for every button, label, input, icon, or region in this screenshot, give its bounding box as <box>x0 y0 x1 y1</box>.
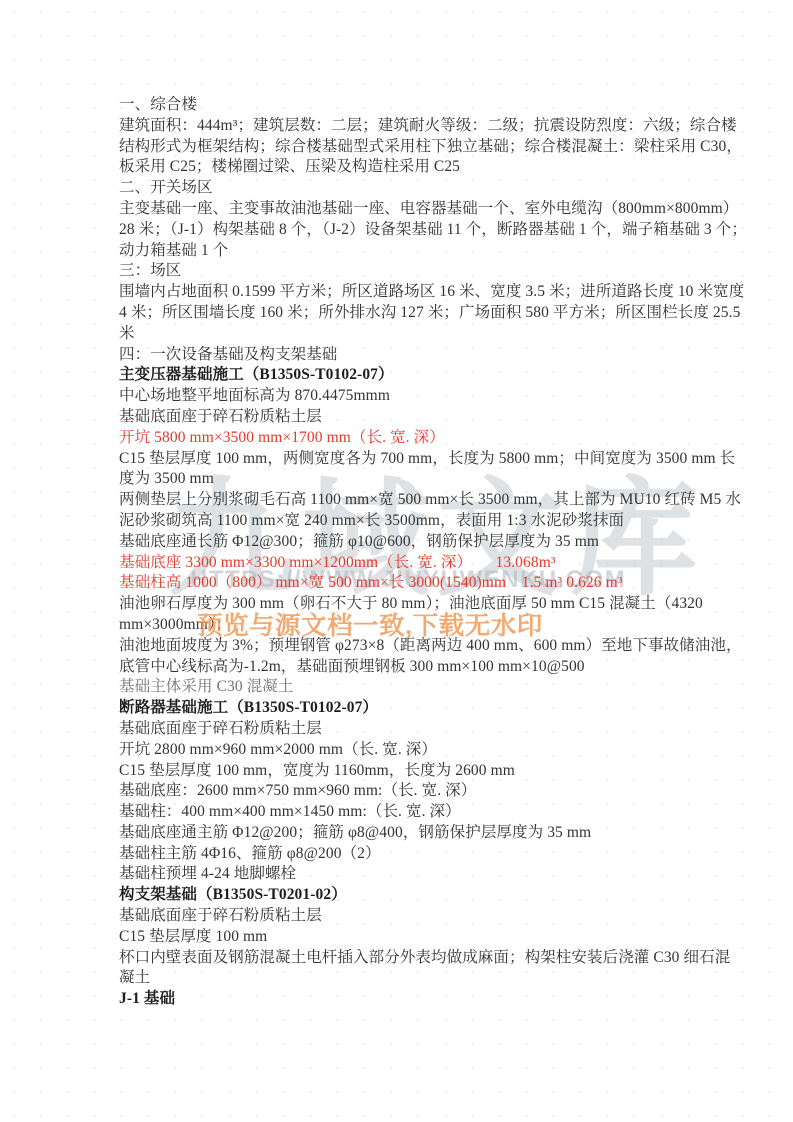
text-line: 二、开关场区 <box>119 178 681 199</box>
text-line: 中心场地整平地面标高为 870.4475mmm <box>119 386 681 407</box>
text-line: 基础柱主筋 4Φ16、箍筋 φ8@200（2） <box>119 844 681 865</box>
document-text-block: 一、综合楼建筑面积：444m³；建筑层数：二层；建筑耐火等级：二级；抗震设防烈度… <box>119 95 681 1010</box>
text-line: 基础主体采用 C30 混凝土 <box>119 677 681 698</box>
text-line: 基础底座通长筋 Φ12@300；箍筋 φ10@600，钢筋保护层厚度为 35 m… <box>119 532 681 553</box>
text-line: 围墙内占地面积 0.1599 平方米；所区道路场区 16 米、宽度 3.5 米；… <box>119 282 681 303</box>
text-line: 主变基础一座、主变事故油池基础一座、电容器基础一个、室外电缆沟（800mm×80… <box>119 199 681 220</box>
text-line: 断路器基础施工（B1350S-T0102-07） <box>119 698 681 719</box>
text-line: J-1 基础 <box>119 989 681 1010</box>
text-line: 三：场区 <box>119 261 681 282</box>
text-line: 基础底座 3300 mm×3300 mm×1200mm（长. 宽. 深） 13.… <box>119 553 681 574</box>
text-line: 基础底面座于碎石粉质粘土层 <box>119 906 681 927</box>
text-line: 杯口内壁表面及钢筋混凝土电杆插入部分外表均做成麻面；构架柱安装后浇灌 C30 细… <box>119 948 681 969</box>
text-line: 开坑 2800 mm×960 mm×2000 mm（长. 宽. 深） <box>119 740 681 761</box>
text-line: 开坑 5800 mm×3500 mm×1700 mm（长. 宽. 深） <box>119 428 681 449</box>
text-line: 四：一次设备基础及构支架基础 <box>119 345 681 366</box>
text-line: C15 垫层厚度 100 mm，宽度为 1160mm，长度为 2600 mm <box>119 761 681 782</box>
text-line: 4 米；所区围墙长度 160 米；所外排水沟 127 米；广场面积 580 平方… <box>119 303 681 324</box>
text-line: 基础底座通主筋 Φ12@200；箍筋 φ8@400，钢筋保护层厚度为 35 mm <box>119 823 681 844</box>
text-line: 基础底座：2600 mm×750 mm×960 mm:（长. 宽. 深） <box>119 781 681 802</box>
text-line: 基础底面座于碎石粉质粘土层 <box>119 719 681 740</box>
text-line: mm×3000mm）； <box>119 615 681 636</box>
text-line: 两侧垫层上分别浆砌毛石高 1100 mm×宽 500 mm×长 3500 mm，… <box>119 490 681 511</box>
text-line: C15 垫层厚度 100 mm <box>119 927 681 948</box>
text-line: 底管中心线标高为-1.2m，基础面预埋钢板 300 mm×100 mm×10@5… <box>119 657 681 678</box>
text-line: 基础柱：400 mm×400 mm×1450 mm:（长. 宽. 深） <box>119 802 681 823</box>
text-line: 油池地面坡度为 3%；预埋钢管 φ273×8（距离两边 400 mm、600 m… <box>119 636 681 657</box>
text-line: 凝土 <box>119 968 681 989</box>
text-line: 一、综合楼 <box>119 95 681 116</box>
text-line: 油池卵石厚度为 300 mm（卵石不大于 80 mm）；油池底面厚 50 mm … <box>119 594 681 615</box>
text-line: 结构形式为框架结构；综合楼基础型式采用柱下独立基础；综合楼混凝土：梁柱采用 C3… <box>119 137 681 158</box>
text-line: 基础底面座于碎石粉质粘土层 <box>119 407 681 428</box>
text-line: C15 垫层厚度 100 mm，两侧宽度各为 700 mm，长度为 5800 m… <box>119 449 681 470</box>
text-line: 基础柱预埋 4-24 地脚螺栓 <box>119 864 681 885</box>
text-line: 主变压器基础施工（B1350S-T0102-07） <box>119 365 681 386</box>
document-preview-page: { "page": { "background": "#ffffff", "bo… <box>0 0 793 1122</box>
text-line: 米 <box>119 324 681 345</box>
text-line: 泥砂浆砌筑高 1100 mm×宽 240 mm×长 3500mm，表面用 1:3… <box>119 511 681 532</box>
text-line: 构支架基础（B1350S-T0201-02） <box>119 885 681 906</box>
text-line: 28 米；（J-1）构架基础 8 个，（J-2）设备架基础 11 个，断路器基础… <box>119 220 681 241</box>
text-line: 基础柱高 1000（800） mm×宽 500 mm×长 3000(1540)m… <box>119 573 681 594</box>
text-line: 度为 3500 mm <box>119 469 681 490</box>
text-line: 建筑面积：444m³；建筑层数：二层；建筑耐火等级：二级；抗震设防烈度：六级；综… <box>119 116 681 137</box>
text-line: 动力箱基础 1 个 <box>119 241 681 262</box>
text-line: 板采用 C25；楼梯圈过梁、压梁及构造柱采用 C25 <box>119 157 681 178</box>
